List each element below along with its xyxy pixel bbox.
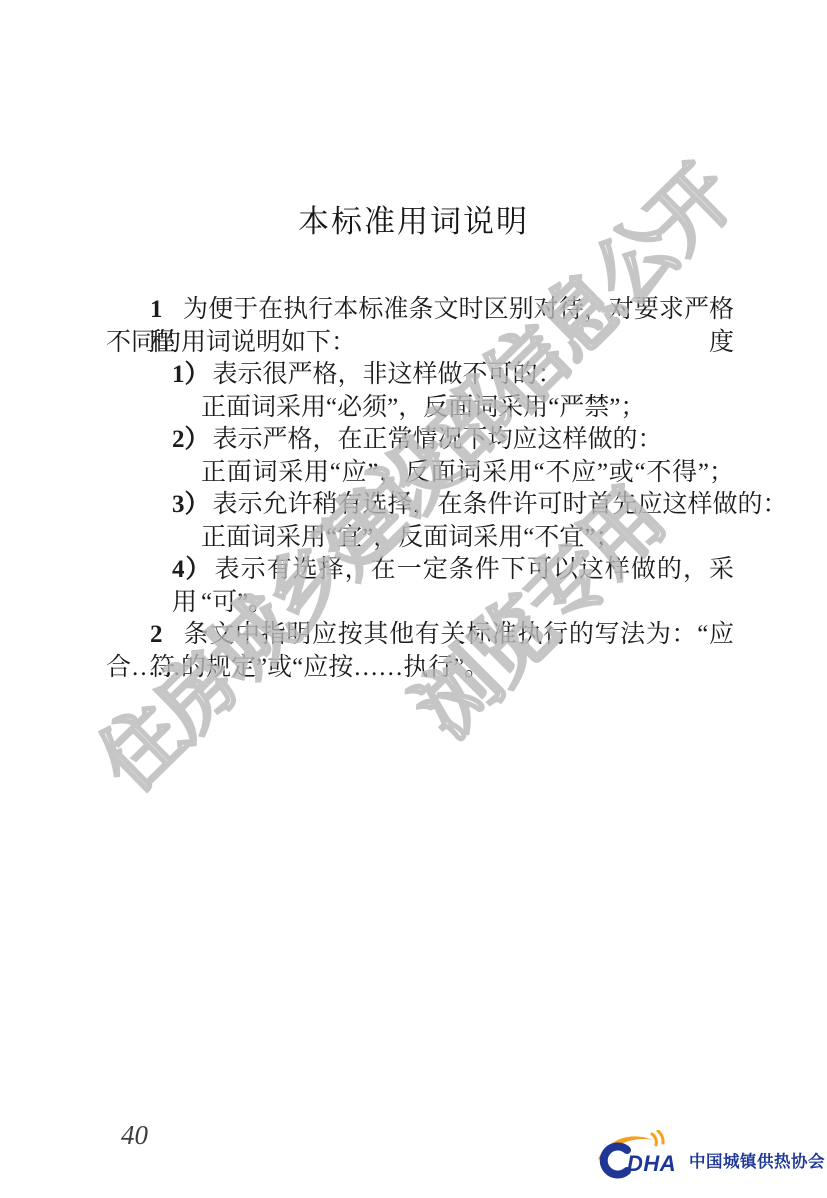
line-text: 表示很严格，非这样做不可的： — [213, 361, 563, 388]
association-name: 中国城镇供热协会 — [689, 1148, 825, 1172]
text-line: 正面词采用“应”，反面词采用“不应”或“不得”； — [106, 457, 734, 490]
document-page: 住房城乡建设部信息公开 浏览专用 本标准用词说明 1为便于在执行本标准条文时区别… — [0, 0, 827, 1198]
line-number: 2 — [150, 619, 183, 652]
line-text: 正面词采用“应”，反面词采用“不应”或“不得”； — [201, 459, 734, 486]
text-line: 1）表示很严格，非这样做不可的： — [106, 359, 734, 392]
logo-wave-large — [658, 1131, 663, 1143]
cdha-logo-icon: DHA — [596, 1130, 686, 1180]
text-line: 2）表示严格，在正常情况下均应这样做的： — [106, 424, 734, 457]
association-logo: DHA 中国城镇供热协会 — [596, 1130, 822, 1180]
text-line: 4）表示有选择，在一定条件下可以这样做的，采用 — [106, 554, 734, 587]
line-number: 2） — [172, 426, 210, 453]
line-text: 正面词采用“必须”，反面词采用“严禁”； — [201, 394, 645, 421]
text-line: 2条文中指明应按其他有关标准执行的写法为：“应符 — [106, 619, 734, 652]
line-text: 表示严格，在正常情况下均应这样做的： — [213, 426, 663, 453]
text-line: 3）表示允许稍有选择，在条件许可时首先应这样做的： — [106, 489, 734, 522]
text-line: 1为便于在执行本标准条文时区别对待，对要求严格程度 — [106, 294, 734, 327]
line-number: 1） — [172, 361, 210, 388]
logo-letter-c — [604, 1147, 627, 1175]
line-text: 合……的规定”或“应按……执行”。 — [106, 654, 489, 681]
page-number: 40 — [121, 1120, 148, 1151]
text-line: 正面词采用“必须”，反面词采用“严禁”； — [106, 392, 734, 425]
text-line: “可”。 — [106, 587, 734, 620]
text-line: 正面词采用“宜”，反面词采用“不宜”； — [106, 522, 734, 555]
text-line: 合……的规定”或“应按……执行”。 — [106, 652, 734, 685]
logo-acronym: DHA — [627, 1151, 676, 1176]
line-number: 3） — [172, 491, 210, 518]
line-number: 4） — [172, 556, 212, 583]
page-title: 本标准用词说明 — [0, 204, 827, 240]
line-text: 正面词采用“宜”，反面词采用“不宜”； — [201, 524, 620, 551]
line-number: 1 — [150, 294, 183, 327]
logo-wave-small — [652, 1134, 656, 1145]
line-text: 不同的用词说明如下： — [106, 329, 356, 356]
body-lines: 1为便于在执行本标准条文时区别对待，对要求严格程度不同的用词说明如下：1）表示很… — [106, 294, 734, 684]
line-text: 表示允许稍有选择，在条件许可时首先应这样做的： — [213, 491, 788, 518]
line-text: “可”。 — [201, 589, 273, 616]
